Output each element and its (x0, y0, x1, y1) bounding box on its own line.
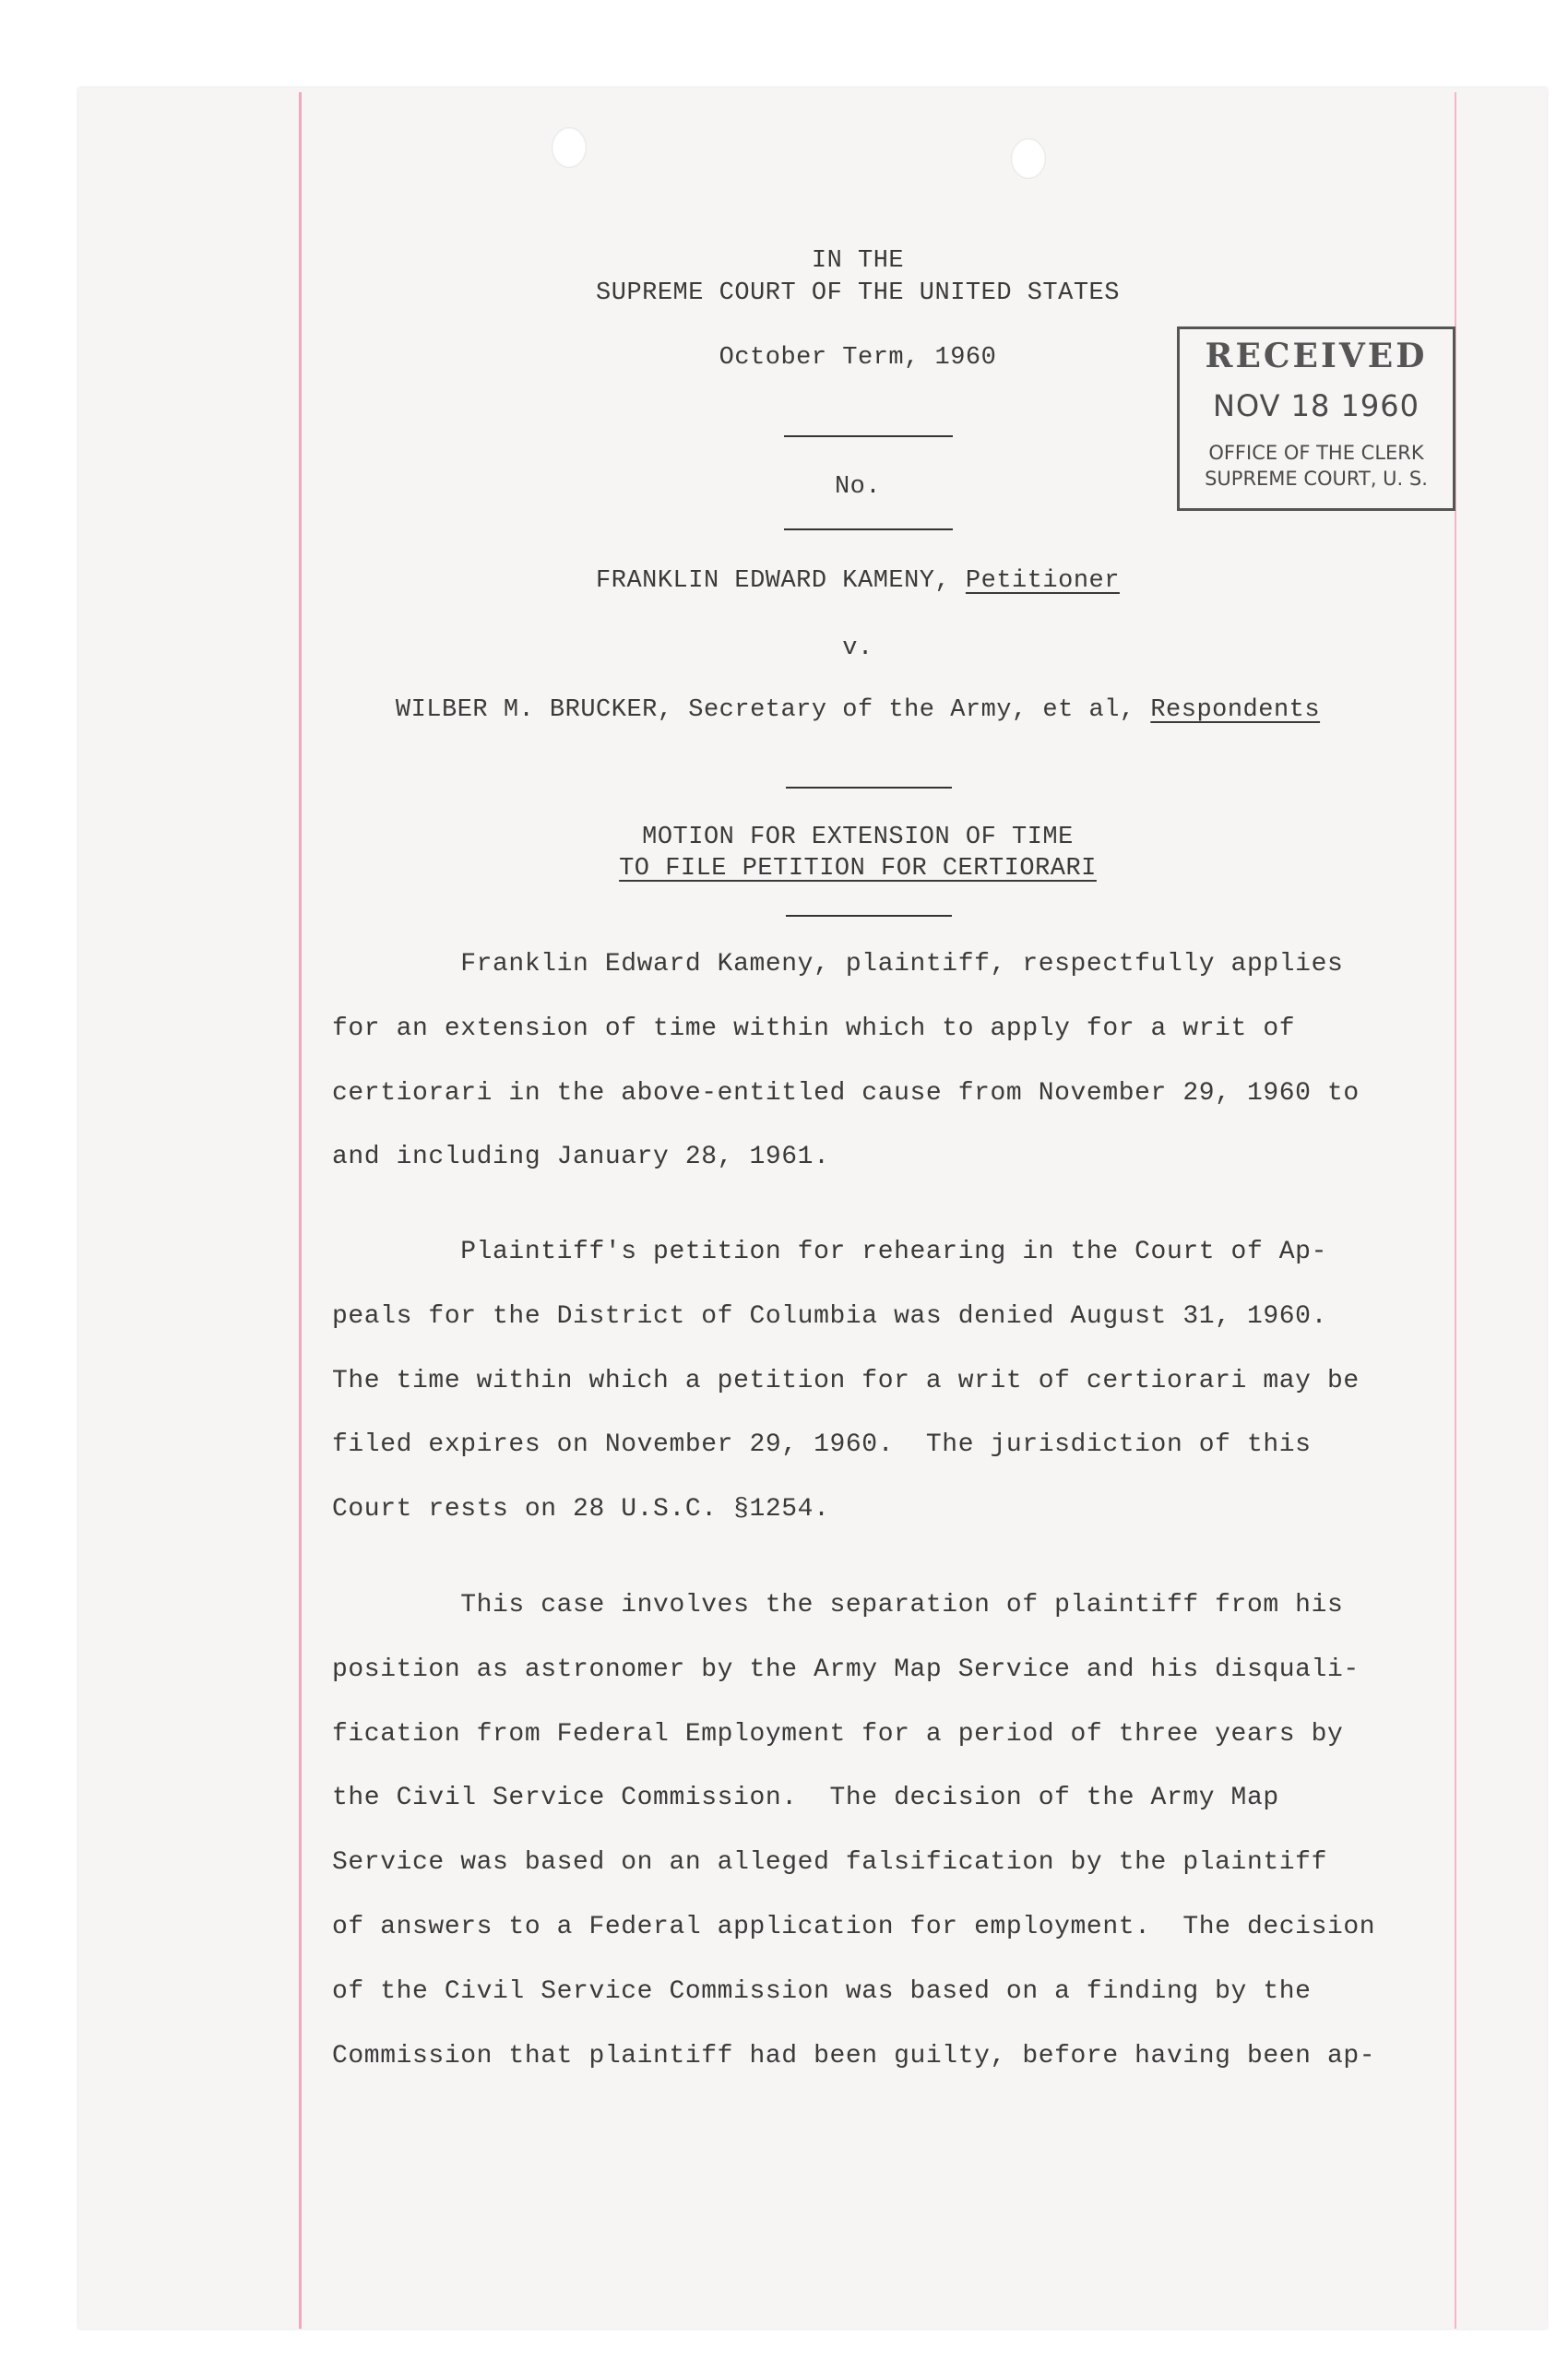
left-margin-rule (299, 92, 302, 2329)
body-line: and including January 28, 1961. (332, 1143, 830, 1171)
body-line: fication from Federal Employment for a p… (332, 1720, 1343, 1749)
body-line: of the Civil Service Commission was base… (332, 1977, 1312, 2006)
body-line: Plaintiff's petition for rehearing in th… (332, 1238, 1327, 1266)
body-line: Commission that plaintiff had been guilt… (332, 2042, 1375, 2070)
body-line: certiorari in the above-entitled cause f… (332, 1079, 1360, 1108)
respondent-line: WILBER M. BRUCKER, Secretary of the Army… (323, 696, 1393, 724)
stamp-office: OFFICE OF THE CLERK SUPREME COURT, U. S. (1180, 440, 1453, 492)
received-stamp: RECEIVED NOV 18 1960 OFFICE OF THE CLERK… (1177, 326, 1455, 511)
stamp-title: RECEIVED (1180, 337, 1453, 375)
divider (786, 915, 952, 917)
versus: v. (323, 635, 1393, 662)
body-line: for an extension of time within which to… (332, 1014, 1295, 1043)
punch-hole (1011, 138, 1046, 179)
body-line: peals for the District of Columbia was d… (332, 1302, 1327, 1331)
motion-title-line1: MOTION FOR EXTENSION OF TIME (323, 824, 1393, 851)
petitioner-name: FRANKLIN EDWARD KAMENY, (596, 567, 966, 595)
petitioner-line: FRANKLIN EDWARD KAMENY, Petitioner (323, 567, 1393, 595)
petitioner-role: Petitioner (966, 567, 1120, 595)
body-line: The time within which a petition for a w… (332, 1367, 1360, 1395)
divider (786, 787, 952, 789)
punch-hole (552, 127, 587, 168)
respondent-role: Respondents (1150, 696, 1320, 724)
body-line: Service was based on an alleged falsific… (332, 1848, 1327, 1877)
divider (784, 435, 953, 437)
divider (784, 528, 953, 530)
court-header-line2: SUPREME COURT OF THE UNITED STATES (323, 279, 1393, 307)
body-line: filed expires on November 29, 1960. The … (332, 1430, 1312, 1459)
court-header-line1: IN THE (323, 247, 1393, 275)
stamp-office-line1: OFFICE OF THE CLERK (1180, 440, 1453, 466)
body-line: Court rests on 28 U.S.C. §1254. (332, 1495, 830, 1524)
stamp-date: NOV 18 1960 (1180, 388, 1453, 423)
body-line: of answers to a Federal application for … (332, 1913, 1375, 1941)
stamp-office-line2: SUPREME COURT, U. S. (1180, 466, 1453, 492)
motion-title-line2: TO FILE PETITION FOR CERTIORARI (323, 855, 1393, 883)
body-line: This case involves the separation of pla… (332, 1591, 1343, 1619)
body-line: Franklin Edward Kameny, plaintiff, respe… (332, 950, 1343, 979)
body-line: position as astronomer by the Army Map S… (332, 1655, 1360, 1684)
respondent-name: WILBER M. BRUCKER, Secretary of the Army… (396, 696, 1150, 724)
body-line: the Civil Service Commission. The decisi… (332, 1784, 1279, 1812)
